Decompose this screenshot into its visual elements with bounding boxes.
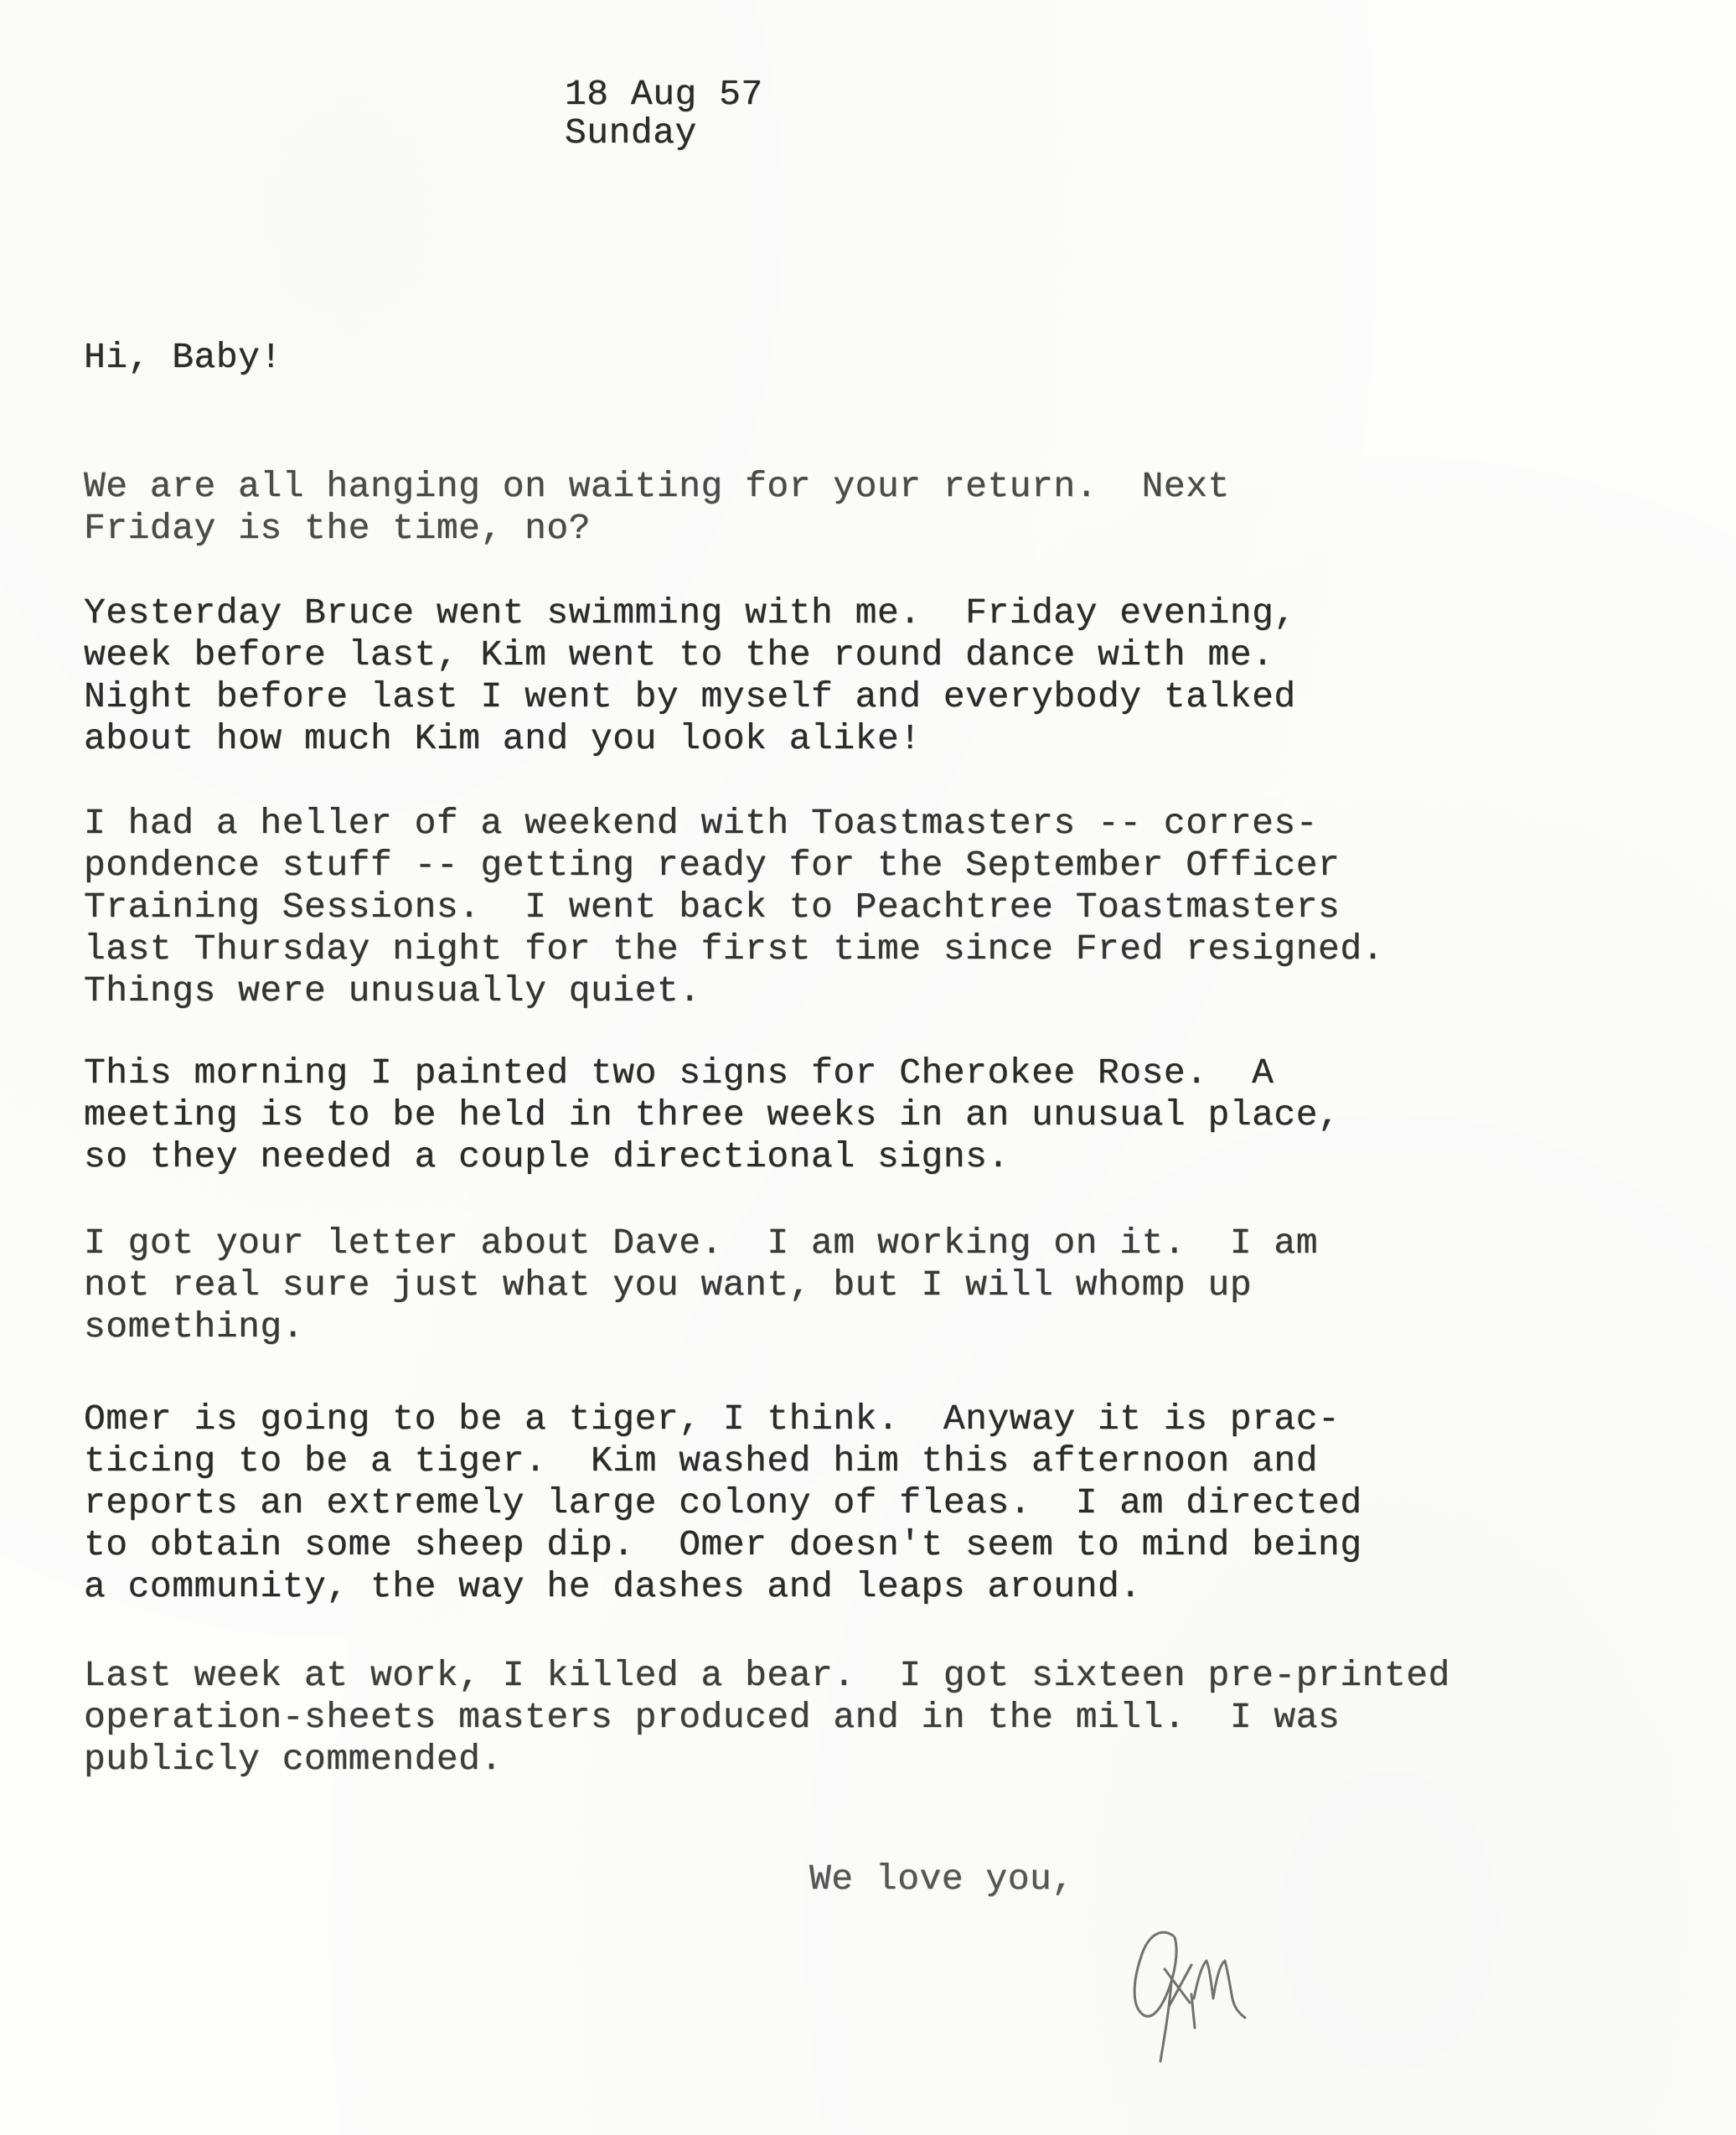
paragraph-toastmasters: I had a heller of a weekend with Toastma… [84,803,1384,1012]
paragraph-work: Last week at work, I killed a bear. I go… [84,1655,1450,1781]
letter-page: 18 Aug 57Sunday Hi, Baby! We are all han… [0,0,1736,2135]
date-block: 18 Aug 57Sunday [565,75,763,152]
paragraph-dave-letter: I got your letter about Dave. I am worki… [84,1223,1318,1348]
letter-weekday: Sunday [565,114,763,152]
letter-closing: We love you, [809,1858,1074,1900]
paragraph-signs: This morning I painted two signs for Che… [84,1052,1340,1178]
letter-date: 18 Aug 57 [565,75,763,114]
paragraph-swimming-dance: Yesterday Bruce went swimming with me. F… [84,592,1296,760]
paragraph-return: We are all hanging on waiting for your r… [84,466,1230,550]
paragraph-omer: Omer is going to be a tiger, I think. An… [84,1398,1362,1608]
signature-icon [1114,1919,1282,2070]
letter-greeting: Hi, Baby! [84,337,282,379]
